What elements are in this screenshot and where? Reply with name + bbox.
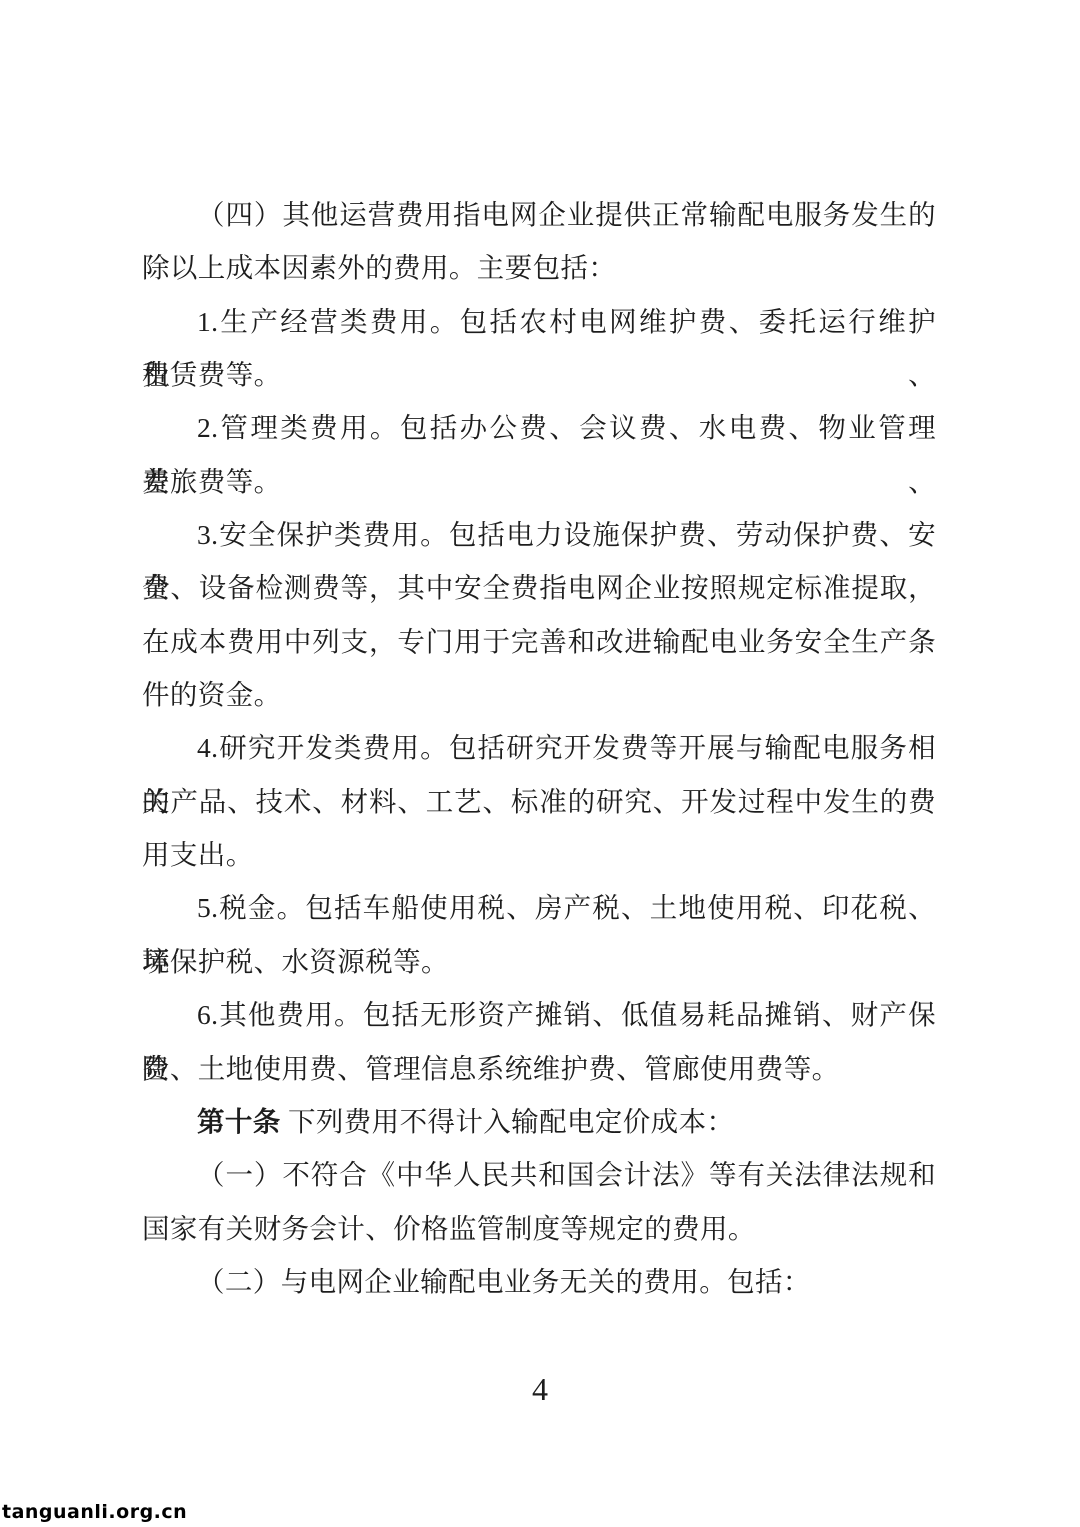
text-line: （一）不符合《中华人民共和国会计法》等有关法律法规和 bbox=[142, 1148, 936, 1201]
paragraph: （二）与电网企业输配电业务无关的费用。包括： bbox=[142, 1255, 936, 1308]
paragraph: 第十条 下列费用不得计入输配电定价成本： bbox=[142, 1095, 936, 1148]
text-line: 国家有关财务会计、价格监管制度等规定的费用。 bbox=[142, 1202, 936, 1255]
text-line: 在成本费用中列支，专门用于完善和改进输配电业务安全生产条 bbox=[142, 615, 936, 668]
document-body: （四）其他运营费用指电网企业提供正常输配电服务发生的除以上成本因素外的费用。主要… bbox=[142, 188, 936, 1308]
article-number: 第十条 bbox=[197, 1106, 281, 1137]
text-line: 5.税金。包括车船使用税、房产税、土地使用税、印花税、环 bbox=[142, 881, 936, 934]
paragraph: （一）不符合《中华人民共和国会计法》等有关法律法规和国家有关财务会计、价格监管制… bbox=[142, 1148, 936, 1255]
text-line: 3.安全保护类费用。包括电力设施保护费、劳动保护费、安全 bbox=[142, 508, 936, 561]
text-line: 第十条 下列费用不得计入输配电定价成本： bbox=[142, 1095, 936, 1148]
text-line: 6.其他费用。包括无形资产摊销、低值易耗品摊销、财产保险 bbox=[142, 988, 936, 1041]
paragraph: 2.管理类费用。包括办公费、会议费、水电费、物业管理费、差旅费等。 bbox=[142, 401, 936, 508]
paragraph: 1.生产经营类费用。包括农村电网维护费、委托运行维护费、租赁费等。 bbox=[142, 295, 936, 402]
text-line: （四）其他运营费用指电网企业提供正常输配电服务发生的 bbox=[142, 188, 936, 241]
text-line: （二）与电网企业输配电业务无关的费用。包括： bbox=[142, 1255, 936, 1308]
text-line: 2.管理类费用。包括办公费、会议费、水电费、物业管理费、 bbox=[142, 401, 936, 454]
text-line: 的产品、技术、材料、工艺、标准的研究、开发过程中发生的费 bbox=[142, 775, 936, 828]
document-page: （四）其他运营费用指电网企业提供正常输配电服务发生的除以上成本因素外的费用。主要… bbox=[0, 0, 1080, 1527]
text-line: 费、设备检测费等，其中安全费指电网企业按照规定标准提取， bbox=[142, 561, 936, 614]
paragraph: （四）其他运营费用指电网企业提供正常输配电服务发生的除以上成本因素外的费用。主要… bbox=[142, 188, 936, 295]
paragraph: 5.税金。包括车船使用税、房产税、土地使用税、印花税、环境保护税、水资源税等。 bbox=[142, 881, 936, 988]
text-line: 1.生产经营类费用。包括农村电网维护费、委托运行维护费、 bbox=[142, 295, 936, 348]
text-line: 件的资金。 bbox=[142, 668, 936, 721]
paragraph: 3.安全保护类费用。包括电力设施保护费、劳动保护费、安全费、设备检测费等，其中安… bbox=[142, 508, 936, 721]
paragraph: 4.研究开发类费用。包括研究开发费等开展与输配电服务相关的产品、技术、材料、工艺… bbox=[142, 721, 936, 881]
text-line: 费、土地使用费、管理信息系统维护费、管廊使用费等。 bbox=[142, 1042, 936, 1095]
text-line: 4.研究开发类费用。包括研究开发费等开展与输配电服务相关 bbox=[142, 721, 936, 774]
paragraph: 6.其他费用。包括无形资产摊销、低值易耗品摊销、财产保险费、土地使用费、管理信息… bbox=[142, 988, 936, 1095]
watermark: tanguanli.org.cn bbox=[2, 1501, 187, 1523]
page-number: 4 bbox=[0, 1369, 1080, 1409]
text-line: 境保护税、水资源税等。 bbox=[142, 935, 936, 988]
text-line: 用支出。 bbox=[142, 828, 936, 881]
text-line: 除以上成本因素外的费用。主要包括： bbox=[142, 241, 936, 294]
